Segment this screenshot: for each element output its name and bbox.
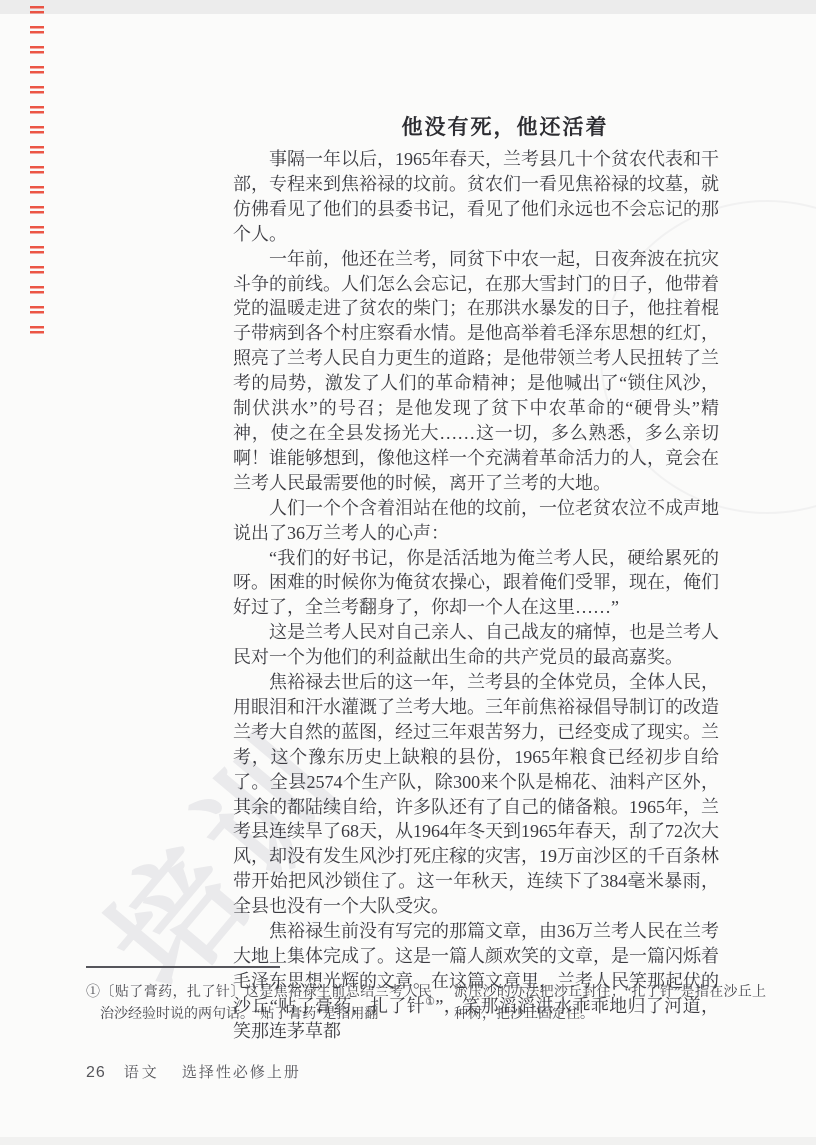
footer-volume: 选择性必修上册 <box>182 1061 301 1082</box>
body-paragraph-2: 一年前，他还在兰考，同贫下中农一起，日夜奔波在抗灾斗争的前线。人们怎么会忘记，在… <box>233 247 719 496</box>
page-number: 26 <box>86 1064 106 1082</box>
footnote-right-column: 淤压沙的办法把沙丘封住；“扎了针”是指在沙丘上种树，把沙丘固定住。 <box>454 982 766 1026</box>
document-title: 他没有死，他还活着 <box>233 111 719 141</box>
textbook-page: 培训 他没有死，他还活着 事隔一年以后，1965年春天，兰考县几十个贫农代表和干… <box>0 0 816 1145</box>
footnote-separator-rule <box>86 966 280 968</box>
top-edge-strip <box>0 0 816 14</box>
footnote-block: ①〔贴了膏药，扎了针〕这是焦裕禄生前总结兰考人民治沙经验时说的两句话。“贴了膏药… <box>86 982 766 1026</box>
document-body: 事隔一年以后，1965年春天，兰考县几十个贫农代表和干部，专程来到焦裕禄的坟前。… <box>233 147 719 1044</box>
bottom-edge-strip <box>0 1137 816 1145</box>
body-paragraph-6: 焦裕禄去世后的这一年，兰考县的全体党员，全体人民，用眼泪和汗水灌溉了兰考大地。三… <box>233 670 719 919</box>
body-paragraph-5: 这是兰考人民对自己亲人、自己战友的痛悼，也是兰考人民对一个为他们的利益献出生命的… <box>233 620 719 670</box>
footnote-left-column: ①〔贴了膏药，扎了针〕这是焦裕禄生前总结兰考人民治沙经验时说的两句话。“贴了膏药… <box>86 982 432 1026</box>
footer-subject: 语文 <box>124 1061 160 1082</box>
red-tick-marks <box>30 6 44 336</box>
body-paragraph-1: 事隔一年以后，1965年春天，兰考县几十个贫农代表和干部，专程来到焦裕禄的坟前。… <box>233 147 719 247</box>
body-paragraph-4: “我们的好书记，你是活活地为俺兰考人民，硬给累死的呀。困难的时候你为俺贫农操心，… <box>233 546 719 621</box>
body-paragraph-3: 人们一个个含着泪站在他的坟前，一位老贫农泣不成声地说出了36万兰考人的心声： <box>233 496 719 546</box>
page-footer: 26 语文 选择性必修上册 <box>86 1061 301 1082</box>
